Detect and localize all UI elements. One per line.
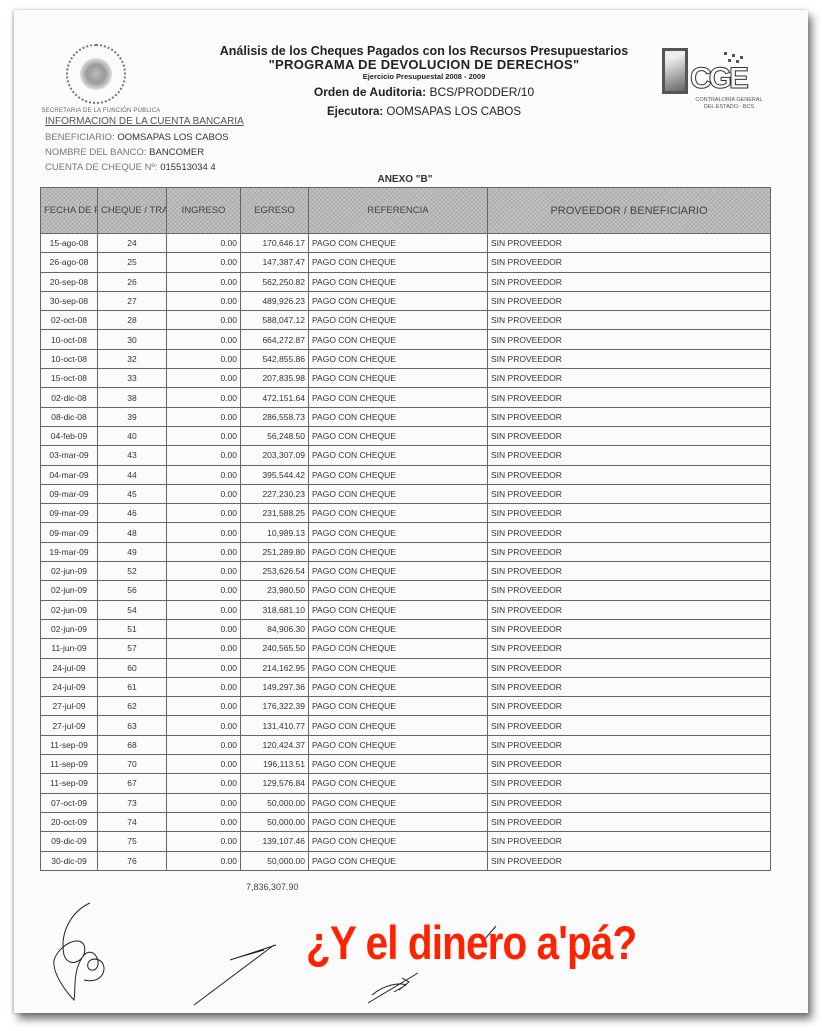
slogan-overlay: ¿Y el dinero a'pá? [306,915,636,970]
signature-1-icon [54,903,104,1000]
signatures [14,10,808,1013]
document-page: SECRETARIA DE LA FUNCIÓN PÚBLICA CGE CON… [14,10,808,1013]
signature-2-icon [194,945,276,1005]
